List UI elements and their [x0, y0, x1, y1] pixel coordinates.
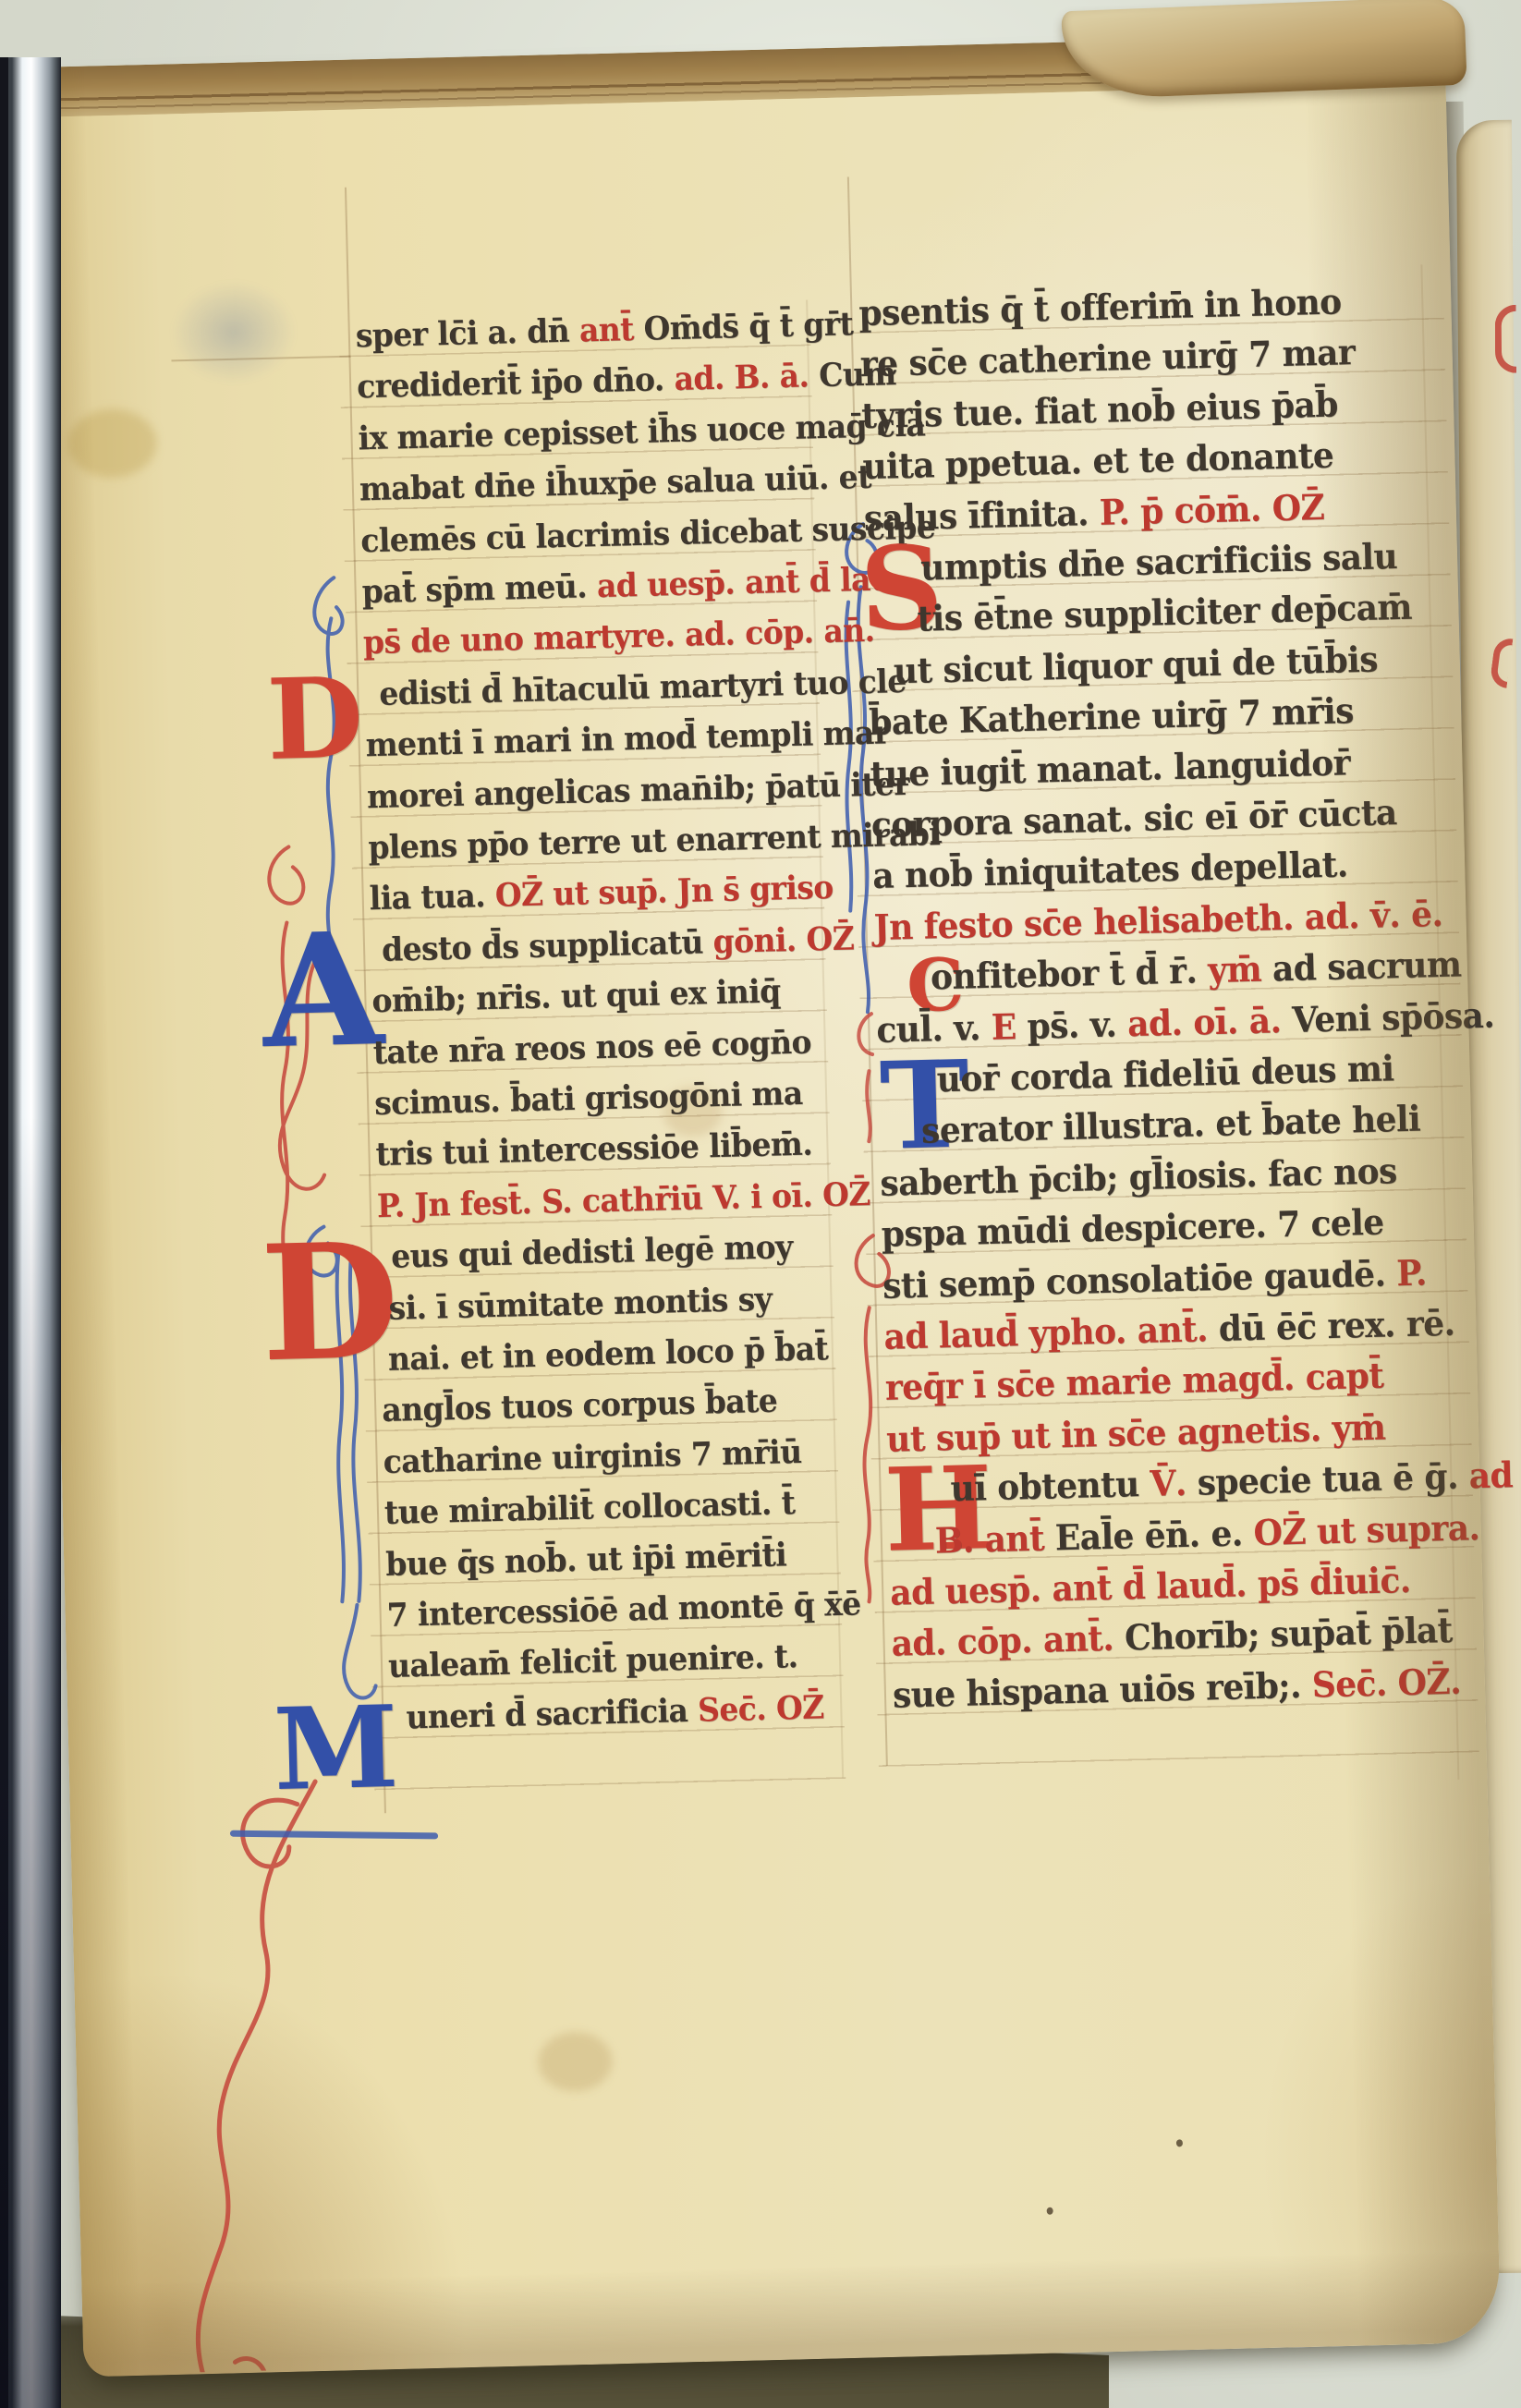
text-segment: ad. B. ā.	[674, 357, 820, 398]
text-segment: crediderit̄ ip̄o dn̄o.	[357, 360, 675, 407]
text-segment: ad. cōp. ant̄.	[891, 1618, 1126, 1665]
text-line: ps̄ de uno martyre. ad. cōp. an̄.	[362, 611, 874, 662]
text-segment: OZ̄ ut supra.	[1253, 1507, 1480, 1553]
text-line: sue hispana uiōs reīb;. Sec̄. OZ̄.	[892, 1661, 1461, 1717]
text-segment: Jn festo sc̄e helisabeth. ad. v̄. ē.	[873, 894, 1443, 949]
text-segment: Om̄ds̄ q̄ t̄ gr̄t	[643, 304, 854, 347]
text-line: tue mirabilit̄ collocasti. t̄	[384, 1483, 796, 1531]
text-segment: ym̄	[1208, 949, 1273, 991]
text-segment: tris tui intercessiōe lib̄em̄.	[375, 1125, 813, 1174]
text-segment: ualeam̄ felicit̄ puenire. t.	[388, 1637, 798, 1685]
text-segment: ad uesp̄. ant̄ d̄ lau	[596, 559, 892, 604]
text-segment: uī obtentu	[950, 1464, 1150, 1510]
text-line: clemēs cū lacrimis dicebat suscipe	[360, 507, 936, 560]
text-segment: ps̄. v.	[1027, 1003, 1128, 1047]
text-line: b̄ate Katherine uirḡ 7 mr̄is	[869, 690, 1355, 743]
text-segment: Sec̄. OZ̄.	[1311, 1661, 1461, 1706]
text-segment: bue q̄s nob̄. ut ip̄i mērit̄i	[385, 1535, 787, 1583]
text-segment: umptis dn̄e sacrificiis salu	[920, 536, 1398, 589]
text-segment: tue mirabilit̄ collocasti. t̄	[384, 1483, 796, 1531]
text-line: morei angelicas man̄ib; p̄atū iter	[367, 764, 910, 816]
text-segment: sper lc̄i a. dn̄	[355, 311, 579, 355]
text-line: ualeam̄ felicit̄ puenire. t.	[388, 1637, 798, 1685]
text-line: lia tua. OZ̄ ut sup̄. Jn s̄ griso	[369, 868, 834, 918]
text-segment: tue iugit̄ manat. languidor̄	[870, 742, 1350, 795]
text-segment: a nob̄ iniquitates depellat.	[872, 845, 1348, 897]
red-tail-initial-m	[185, 1782, 331, 2375]
text-line: scimus. b̄ati grisogōni ma	[374, 1074, 803, 1123]
next-leaf-red-initial-sliver	[1495, 305, 1517, 373]
text-line: bue q̄s nob̄. ut ip̄i mērit̄i	[385, 1535, 787, 1583]
illuminated-initial: D	[266, 667, 365, 772]
text-segment: morei angelicas man̄ib; p̄atū iter	[367, 764, 910, 816]
metal-clasp-strip	[0, 57, 61, 2408]
text-segment: P. p̄ cōm̄. OZ̄	[1099, 487, 1324, 533]
text-segment: pat̄ sp̄m meū.	[361, 566, 597, 611]
text-line: angl̄os tuos corpus b̄ate	[382, 1381, 778, 1429]
text-line: ix marie cepisset ih̄s uoce maḡ cla	[358, 405, 925, 456]
text-segment: clemēs cū lacrimis dicebat suscipe	[360, 507, 936, 560]
blue-underline-initial-m	[233, 1829, 434, 1841]
text-segment: eus qui dedisti legē moy	[391, 1227, 793, 1275]
text-line: Jn festo sc̄e helisabeth. ad. v̄. ē.	[873, 894, 1443, 949]
text-line: desto d̄s supplicatū gōni. OZ̄	[382, 918, 855, 968]
text-segment: 7 intercessiōē ad montē q̄ x̄ē	[386, 1585, 861, 1635]
text-line: corpora sanat. sic eī ōr̄ cūcta	[870, 792, 1397, 845]
text-segment: scimus. b̄ati grisogōni ma	[374, 1074, 803, 1123]
text-line: umptis dn̄e sacrificiis salu	[920, 536, 1398, 589]
text-line: eus qui dedisti legē moy	[391, 1227, 793, 1275]
text-line: crediderit̄ ip̄o dn̄o. ad. B. ā. Cum	[357, 355, 896, 407]
ink-speck	[1176, 2139, 1183, 2147]
illuminated-initial: M	[273, 1695, 400, 1802]
text-line: nai. et in eodem loco p̄ b̄at̄	[387, 1329, 828, 1378]
text-line: P. Jn fest̄. S. cathr̄iū V. i oī. OZ̄	[376, 1174, 870, 1224]
text-segment: tis ēt̄ne suppliciter dep̄cam̄	[917, 587, 1412, 640]
text-line: 7 intercessiōē ad montē q̄ x̄ē	[386, 1585, 861, 1635]
text-line: tyris tue. fiat nob̄ eius p̄ab̄	[861, 383, 1339, 436]
text-segment: mabat dn̄e ih̄uxp̄e salua uiū. et	[359, 457, 871, 508]
ink-speck	[1047, 2207, 1053, 2215]
text-segment: specie tua ē ḡ.	[1197, 1456, 1469, 1504]
photo-scene: sper lc̄i a. dn̄ ant̄ Om̄ds̄ q̄ t̄ gr̄tc…	[0, 0, 1521, 2408]
text-segment: req̄r ī sc̄e marie magd̄. capt̄	[884, 1356, 1383, 1409]
text-line: catharine uirginis 7 mr̄iū	[383, 1432, 802, 1480]
text-line: cul̄. v. E ps̄. v. ad. oī. ā. Veni sp̄ōs…	[876, 994, 1495, 1051]
text-segment: Sec̄. OZ̄	[698, 1687, 825, 1729]
text-segment: ps̄ de uno martyre. ad. cōp. an̄.	[362, 611, 874, 662]
text-segment: corpora sanat. sic eī ōr̄ cūcta	[870, 792, 1397, 845]
margin-smudge	[169, 279, 298, 385]
text-segment: re sc̄e catherine uirḡ 7 mar	[859, 333, 1355, 386]
text-segment: lia tua.	[369, 876, 495, 918]
text-line: tis ēt̄ne suppliciter dep̄cam̄	[917, 587, 1412, 640]
illuminated-initial: A	[261, 918, 384, 1064]
text-line: ut sicut liquor qui de tūb̄is	[893, 638, 1378, 691]
text-segment: Jn fest̄. S. cathr̄iū V. i oī. OZ̄	[414, 1174, 870, 1223]
text-line: tue iugit̄ manat. languidor̄	[870, 742, 1350, 795]
text-segment: b̄ate Katherine uirḡ 7 mr̄is	[869, 690, 1355, 743]
text-line: mabat dn̄e ih̄uxp̄e salua uiū. et	[359, 457, 871, 508]
text-segment: pspa mūdi despicere. 7 cele	[881, 1202, 1384, 1256]
text-segment: om̄ib; nr̄is. ut qui ex iniq̄	[371, 972, 781, 1020]
text-line: om̄ib; nr̄is. ut qui ex iniq̄	[371, 972, 781, 1020]
text-segment: nai. et in eodem loco p̄ b̄at̄	[387, 1329, 828, 1378]
text-segment: desto d̄s supplicatū	[382, 922, 713, 968]
parchment-stain	[67, 408, 158, 479]
text-line: sper lc̄i a. dn̄ ant̄ Om̄ds̄ q̄ t̄ gr̄t	[355, 304, 853, 354]
text-line: sti semp̄ consolatiōe gaudē. P.	[882, 1252, 1428, 1307]
text-segment: Veni sp̄ōsa.	[1292, 994, 1495, 1040]
text-line: uī obtentu V̄. specie tua ē ḡ. ad	[950, 1454, 1514, 1509]
text-line: ad. cōp. ant̄. Chorīb; sup̄at̄ p̄lat̄	[891, 1610, 1453, 1664]
text-segment: P.	[1396, 1252, 1428, 1294]
text-segment: menti ī mari in mod̄ templi mar	[365, 713, 890, 764]
next-leaf-red-mark-sliver	[1490, 637, 1514, 688]
text-segment: dū ēc̄ rex. rē.	[1218, 1303, 1455, 1350]
text-segment: ad sacrum	[1272, 944, 1461, 991]
text-segment: ix marie cepisset ih̄s uoce maḡ cla	[358, 405, 925, 456]
text-line: a nob̄ iniquitates depellat.	[872, 845, 1348, 897]
text-segment: uor̄ corda fideliū deus mi	[936, 1048, 1394, 1101]
text-segment: onfitebor t̄ d̄ r̄.	[930, 950, 1208, 998]
parchment-stain	[538, 2031, 614, 2092]
text-segment: V̄.	[1150, 1463, 1198, 1505]
text-segment: psentis q̄ t̄ offerim̄ in hono	[858, 281, 1342, 334]
text-segment: si. ī sūmitate montis sy	[388, 1279, 773, 1326]
text-line: si. ī sūmitate montis sy	[388, 1279, 773, 1326]
text-segment: ad	[1468, 1454, 1513, 1497]
text-line: plens pp̄o terre ut enarrent mirabi	[368, 814, 941, 866]
text-segment: ut sicut liquor qui de tūb̄is	[893, 638, 1378, 691]
text-segment: catharine uirginis 7 mr̄iū	[383, 1432, 802, 1480]
text-segment: uneri d̄ sacrificia	[406, 1691, 699, 1736]
text-segment: B. ant̄	[934, 1517, 1055, 1562]
text-segment: sti semp̄ consolatiōe gaudē.	[882, 1253, 1397, 1307]
text-line: tate nr̄a reos nos eē cogn̄o	[372, 1022, 811, 1071]
text-line: ad laud̄ ypho. ant̄. dū ēc̄ rex. rē.	[883, 1303, 1455, 1358]
text-segment: uita ppetua. et te donante	[862, 435, 1334, 488]
text-segment: tate nr̄a reos nos eē cogn̄o	[372, 1022, 811, 1071]
text-segment: gōni. OZ̄	[712, 918, 855, 960]
text-segment: ad. oī. ā.	[1127, 1000, 1293, 1045]
text-line: re sc̄e catherine uirḡ 7 mar	[859, 333, 1355, 386]
text-segment: ad laud̄ ypho. ant̄.	[883, 1308, 1219, 1357]
text-line: uor̄ corda fideliū deus mi	[936, 1048, 1394, 1101]
text-line: tris tui intercessiōe lib̄em̄.	[375, 1125, 813, 1174]
text-segment: Jn s̄ griso	[676, 868, 834, 909]
text-line: req̄r ī sc̄e marie magd̄. capt̄	[884, 1356, 1383, 1409]
text-line: onfitebor t̄ d̄ r̄. ym̄ ad sacrum	[930, 944, 1461, 999]
text-line: B. ant̄ Eal̄e ēn̄. e. OZ̄ ut supra.	[934, 1507, 1479, 1562]
text-line: menti ī mari in mod̄ templi mar	[365, 713, 890, 764]
text-segment: E	[991, 1006, 1028, 1048]
illuminated-initial: D	[260, 1228, 401, 1378]
text-line: edisti d̄ hītaculū martyri tuo cle	[379, 662, 907, 712]
text-segment: edisti d̄ hītaculū martyri tuo cle	[379, 662, 907, 712]
text-segment: sue hispana uiōs reīb;.	[892, 1664, 1312, 1716]
text-segment: OZ̄ ut sup̄.	[494, 872, 677, 915]
text-line: uneri d̄ sacrificia Sec̄. OZ̄	[406, 1687, 824, 1735]
text-segment: angl̄os tuos corpus b̄ate	[382, 1381, 778, 1429]
text-line: psentis q̄ t̄ offerim̄ in hono	[858, 281, 1342, 334]
text-line: serator illustra. et b̄ate heli	[921, 1099, 1421, 1152]
text-segment: tyris tue. fiat nob̄ eius p̄ab̄	[861, 383, 1339, 436]
page-curl-corner	[1061, 0, 1466, 100]
text-segment: Chorīb; sup̄at̄ p̄lat̄	[1125, 1610, 1454, 1659]
text-line: uita ppetua. et te donante	[862, 435, 1334, 488]
text-segment: Eal̄e ēn̄. e.	[1054, 1513, 1254, 1559]
text-segment: ant̄	[578, 310, 644, 349]
text-segment: plens pp̄o terre ut enarrent mirabi	[368, 814, 941, 866]
text-line: pspa mūdi despicere. 7 cele	[881, 1202, 1384, 1256]
manuscript-page: sper lc̄i a. dn̄ ant̄ Om̄ds̄ q̄ t̄ gr̄tc…	[28, 33, 1502, 2378]
text-segment: serator illustra. et b̄ate heli	[921, 1099, 1421, 1152]
